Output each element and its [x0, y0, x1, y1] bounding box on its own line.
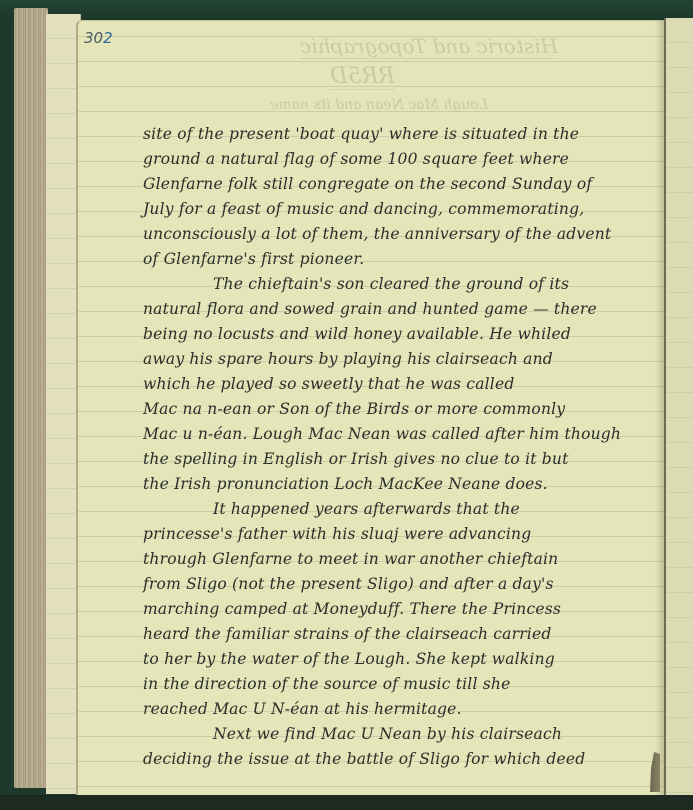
text-line: the Irish pronunciation Loch MacKee Nean… [143, 472, 653, 497]
text-line: Next we find Mac U Nean by his clairseac… [143, 722, 653, 747]
text-line: deciding the issue at the battle of Slig… [143, 747, 653, 772]
text-line: through Glenfarne to meet in war another… [143, 547, 653, 572]
text-line: reached Mac U N-éan at his hermitage. [143, 697, 653, 722]
text-line: to her by the water of the Lough. She ke… [143, 647, 653, 672]
text-line: being no locusts and wild honey availabl… [143, 322, 653, 347]
page-number-prefix: 30 [84, 29, 103, 47]
text-line: It happened years afterwards that the [143, 497, 653, 522]
text-line: of Glenfarne's first pioneer. [143, 247, 653, 272]
bleed-through-title: Historic and Topographic [300, 34, 558, 59]
bleed-through-heading: Lough Mac Nean and its name [270, 97, 488, 113]
text-line: natural flora and sowed grain and hunted… [143, 297, 653, 322]
text-line: which he played so sweetly that he was c… [143, 372, 653, 397]
text-line: the spelling in English or Irish gives n… [143, 447, 653, 472]
text-line: princesse's father with his sluaj were a… [143, 522, 653, 547]
handwritten-text: site of the present 'boat quay' where is… [143, 122, 653, 772]
text-line: ground a natural flag of some 100 square… [143, 147, 653, 172]
page-edges [14, 8, 48, 788]
text-line: site of the present 'boat quay' where is… [143, 122, 653, 147]
text-line: away his spare hours by playing his clai… [143, 347, 653, 372]
text-line: in the direction of the source of music … [143, 672, 653, 697]
page-number-suffix: 2 [103, 29, 113, 47]
book-cover-top [0, 0, 693, 22]
bleed-through-subtitle: RR5D [330, 64, 395, 90]
text-line: Mac na n-ean or Son of the Birds or more… [143, 397, 653, 422]
text-line: The chieftain's son cleared the ground o… [143, 272, 653, 297]
facing-page-edge [664, 18, 693, 795]
text-line: marching camped at Moneyduff. There the … [143, 597, 653, 622]
text-line: July for a feast of music and dancing, c… [143, 197, 653, 222]
text-line: Mac u n-éan. Lough Mac Nean was called a… [143, 422, 653, 447]
text-line: from Sligo (not the present Sligo) and a… [143, 572, 653, 597]
text-line: heard the familiar strains of the clairs… [143, 622, 653, 647]
text-line: Glenfarne folk still congregate on the s… [143, 172, 653, 197]
text-line: unconsciously a lot of them, the anniver… [143, 222, 653, 247]
book-cover-bottom [0, 795, 693, 810]
page-number: 302 [84, 29, 113, 47]
